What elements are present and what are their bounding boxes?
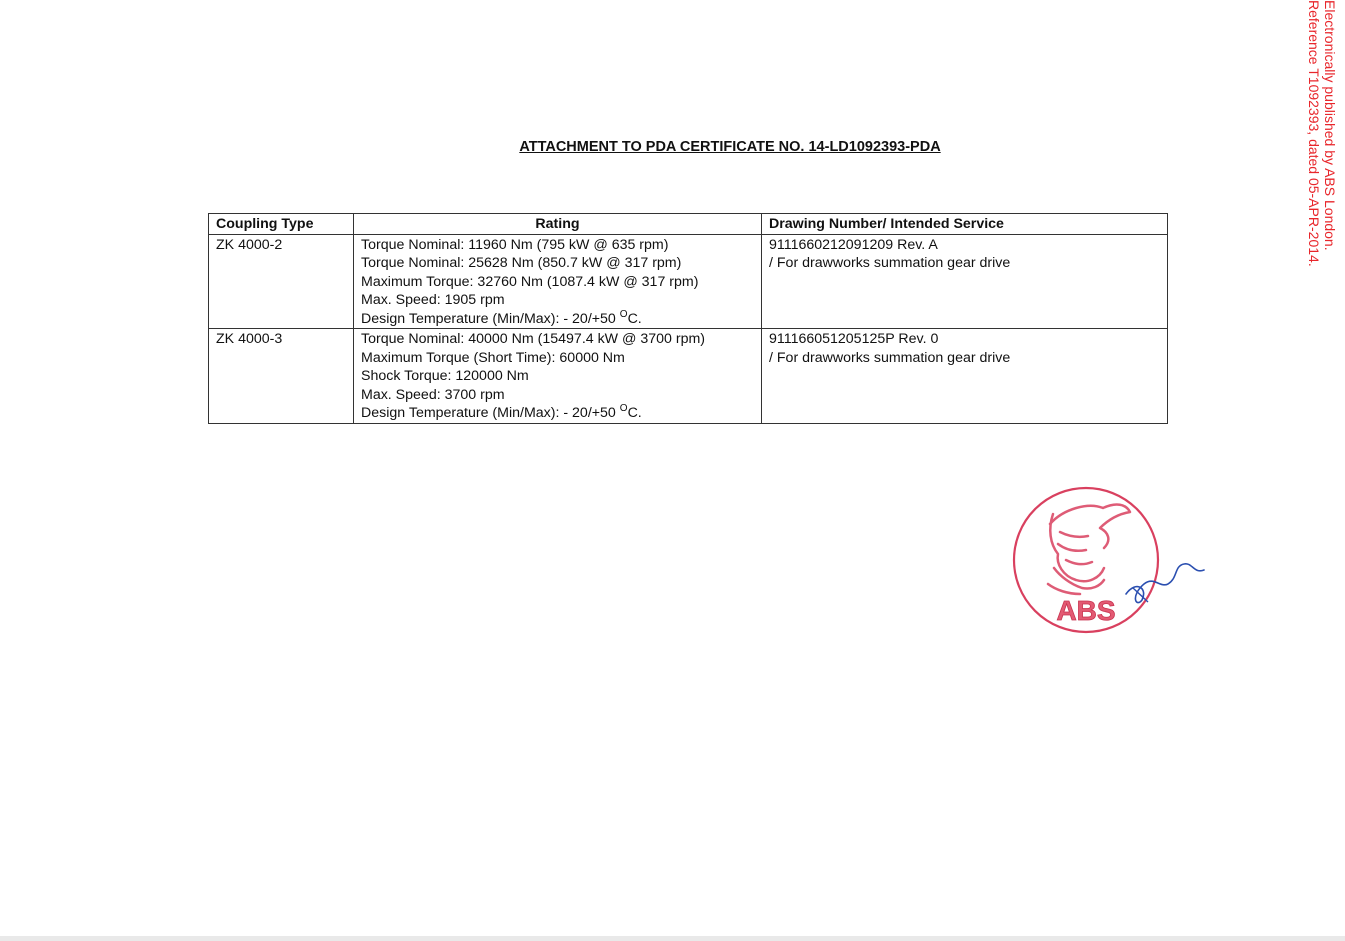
rating-line: Max. Speed: 1905 rpm	[361, 291, 754, 310]
rating-line: Shock Torque: 120000 Nm	[361, 367, 754, 386]
drawing-number: 9111660212091209 Rev. A	[769, 236, 1160, 255]
design-temperature-line: Design Temperature (Min/Max): - 20/+50 O…	[361, 310, 754, 329]
rating-line: Torque Nominal: 11960 Nm (795 kW @ 635 r…	[361, 236, 754, 255]
degree-symbol: O	[620, 403, 628, 414]
watermark-line-2: Reference T1092393, dated 05-APR-2014.	[1306, 0, 1322, 267]
page-bottom-edge	[0, 936, 1345, 941]
design-temp-text: Design Temperature (Min/Max): - 20/+50	[361, 311, 620, 327]
rating-line: Torque Nominal: 25628 Nm (850.7 kW @ 317…	[361, 254, 754, 273]
drawing-number: 911166051205125P Rev. 0	[769, 330, 1160, 349]
abs-eagle-seal-icon: ABS	[1008, 484, 1213, 639]
design-temp-unit: C.	[628, 311, 642, 327]
degree-symbol: O	[620, 309, 628, 320]
design-temp-text: Design Temperature (Min/Max): - 20/+50	[361, 405, 620, 421]
rating-line: Maximum Torque (Short Time): 60000 Nm	[361, 349, 754, 368]
certificate-attachment-title: ATTACHMENT TO PDA CERTIFICATE NO. 14-LD1…	[0, 139, 1345, 155]
rating-cell: Torque Nominal: 40000 Nm (15497.4 kW @ 3…	[354, 329, 762, 424]
rating-line: Max. Speed: 3700 rpm	[361, 386, 754, 405]
svg-text:ABS: ABS	[1056, 595, 1115, 626]
drawing-service-cell: 9111660212091209 Rev. A / For drawworks …	[762, 234, 1168, 329]
table-row: ZK 4000-2 Torque Nominal: 11960 Nm (795 …	[209, 234, 1168, 329]
header-drawing-number: Drawing Number/ Intended Service	[762, 214, 1168, 235]
table-header-row: Coupling Type Rating Drawing Number/ Int…	[209, 214, 1168, 235]
electronic-publication-watermark: Electronically published by ABS London. …	[1306, 0, 1338, 267]
rating-line: Torque Nominal: 40000 Nm (15497.4 kW @ 3…	[361, 330, 754, 349]
table-row: ZK 4000-3 Torque Nominal: 40000 Nm (1549…	[209, 329, 1168, 424]
rating-cell: Torque Nominal: 11960 Nm (795 kW @ 635 r…	[354, 234, 762, 329]
design-temperature-line: Design Temperature (Min/Max): - 20/+50 O…	[361, 404, 754, 423]
header-rating: Rating	[354, 214, 762, 235]
design-temp-unit: C.	[628, 405, 642, 421]
rating-line: Maximum Torque: 32760 Nm (1087.4 kW @ 31…	[361, 273, 754, 292]
drawing-service-cell: 911166051205125P Rev. 0 / For drawworks …	[762, 329, 1168, 424]
intended-service: / For drawworks summation gear drive	[769, 349, 1160, 368]
intended-service: / For drawworks summation gear drive	[769, 254, 1160, 273]
coupling-ratings-table: Coupling Type Rating Drawing Number/ Int…	[208, 213, 1168, 424]
header-coupling-type: Coupling Type	[209, 214, 354, 235]
watermark-line-1: Electronically published by ABS London.	[1322, 0, 1338, 267]
abs-seal-stamp: ABS	[1008, 484, 1213, 639]
coupling-type-cell: ZK 4000-3	[209, 329, 354, 424]
coupling-type-cell: ZK 4000-2	[209, 234, 354, 329]
